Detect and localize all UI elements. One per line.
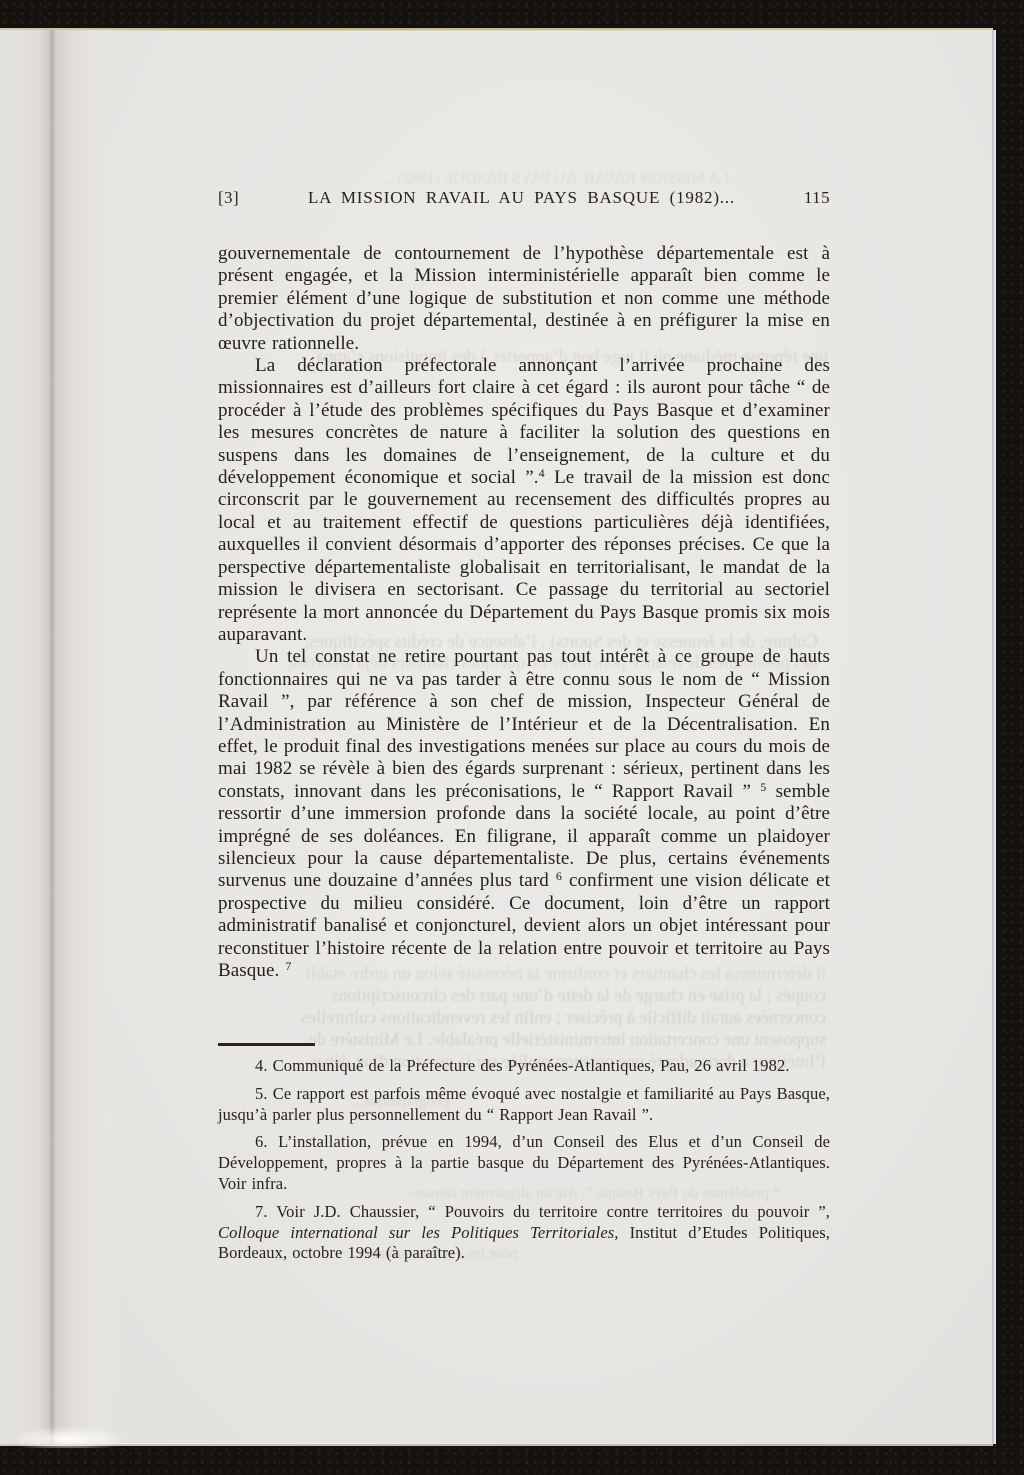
article-body: gouvernementale de contournement de l’hy… <box>218 243 830 982</box>
text-run: Le travail de la mission est donc circon… <box>218 467 830 645</box>
running-head: [3] LA MISSION RAVAIL AU PAYS BASQUE (19… <box>218 188 830 208</box>
scanner-backdrop: { "colors": { "backdrop": "#14110e", "pa… <box>0 0 1024 1475</box>
page-right-edge <box>992 30 996 1444</box>
footnote: 6. L’installation, prévue en 1994, d’un … <box>218 1132 830 1194</box>
footnote: 5. Ce rapport est parfois même évoqué av… <box>218 1084 830 1126</box>
footnote-reference: 7 <box>285 959 291 973</box>
body-paragraph: La déclaration préfectorale annonçant l’… <box>218 355 830 646</box>
page-top-edge <box>0 28 993 31</box>
text-run: 4. Communiqué de la Préfecture des Pyrén… <box>255 1056 790 1075</box>
text-run: 7. Voir J.D. Chaussier, “ Pouvoirs du te… <box>255 1202 830 1221</box>
running-title: LA MISSION RAVAIL AU PAYS BASQUE (1982).… <box>308 188 735 208</box>
showthrough-text-fragment: supposent une concertation interministér… <box>218 1029 826 1050</box>
footnote: 7. Voir J.D. Chaussier, “ Pouvoirs du te… <box>218 1202 830 1264</box>
text-run: 5. Ce rapport est parfois même évoqué av… <box>218 1084 830 1124</box>
page-bottom-edge <box>0 1443 993 1446</box>
gutter-highlight <box>18 1426 128 1448</box>
showthrough-text-fragment: coupés ; la prise en charge de la dette … <box>218 985 826 1006</box>
text-run: gouvernementale de contournement de l’hy… <box>218 243 830 354</box>
body-paragraph: gouvernementale de contournement de l’hy… <box>218 243 830 355</box>
body-paragraph: Un tel constat ne retire pourtant pas to… <box>218 646 830 982</box>
text-run: 6. L’installation, prévue en 1994, d’un … <box>218 1132 830 1193</box>
section-bracket-number: [3] <box>218 188 239 208</box>
showthrough-text-fragment: LA MISSION RAVAIL AU PAYS BASQUE (1982).… <box>300 170 730 188</box>
text-run: Colloque international sur les Politique… <box>218 1223 619 1242</box>
text-run: Un tel constat ne retire pourtant pas to… <box>218 646 830 801</box>
scanned-book-page: LA MISSION RAVAIL AU PAYS BASQUE (1982).… <box>0 30 993 1444</box>
footnote: 4. Communiqué de la Préfecture des Pyrén… <box>218 1056 830 1077</box>
showthrough-text-fragment: concernées aurait difficile à préciser ;… <box>218 1007 826 1028</box>
page-number: 115 <box>804 188 830 208</box>
book-gutter-crease <box>0 30 120 1444</box>
footnote-separator-rule <box>218 1043 315 1046</box>
footnotes-block: 4. Communiqué de la Préfecture des Pyrén… <box>218 1056 830 1271</box>
